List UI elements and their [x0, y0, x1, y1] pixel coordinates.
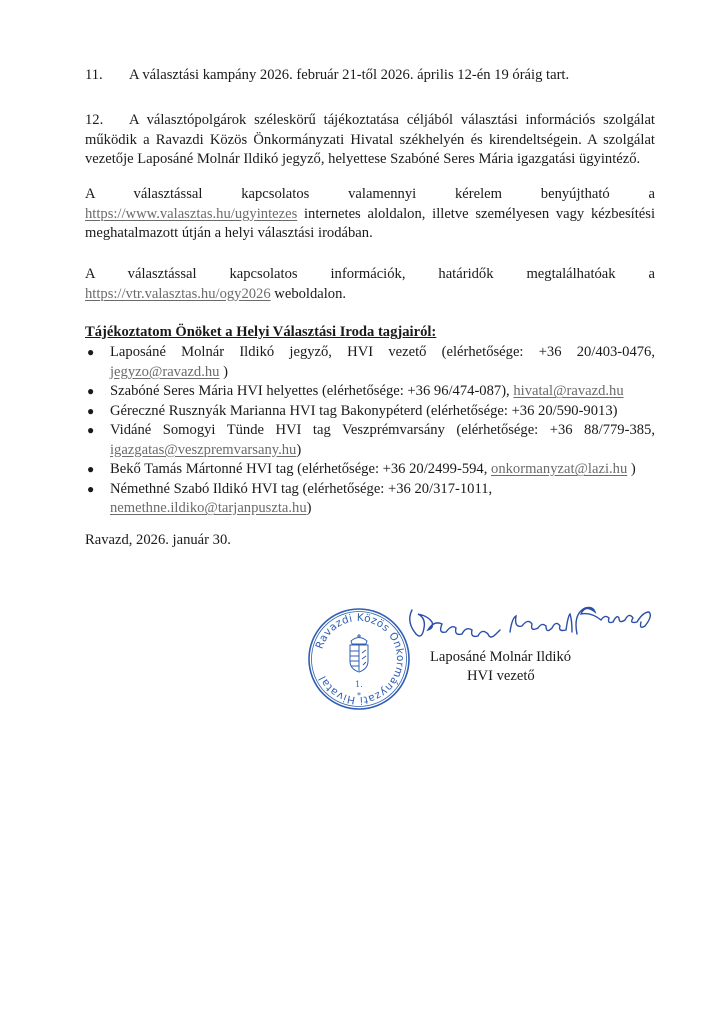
official-stamp-icon: Ravazdi Közös Önkormányzati Hivatal 1. *	[307, 607, 411, 711]
item-number: 12.	[85, 111, 129, 131]
signature-icon	[402, 598, 672, 648]
document-page: 11.A választási kampány 2026. február 21…	[0, 0, 724, 1024]
paragraph-info: A választással kapcsolatos információk, …	[85, 265, 655, 304]
item-11: 11.A választási kampány 2026. február 21…	[85, 66, 655, 86]
list-item: ● Géreczné Rusznyák Marianna HVI tag Bak…	[85, 402, 655, 422]
paragraph-requests: A választással kapcsolatos valamennyi ké…	[85, 185, 655, 244]
email-link[interactable]: onkormanyzat@lazi.hu	[491, 461, 627, 477]
email-link[interactable]: jegyzo@ravazd.hu	[110, 364, 219, 380]
signer-name: Laposáné Molnár Ildikó	[430, 648, 590, 668]
list-item: ● Vidáné Somogyi Tünde HVI tag Veszprémv…	[85, 421, 655, 460]
list-item: ● Szabóné Seres Mária HVI helyettes (elé…	[85, 382, 655, 402]
bullet-icon: ●	[87, 480, 94, 500]
members-heading: Tájékoztatom Önöket a Helyi Választási I…	[85, 323, 436, 343]
svg-text:*: *	[357, 691, 361, 700]
item-number: 11.	[85, 66, 129, 86]
signer-title: HVI vezető	[467, 667, 627, 687]
bullet-icon: ●	[87, 421, 94, 441]
email-link[interactable]: nemethne.ildiko@tarjanpuszta.hu	[110, 500, 307, 516]
list-item: ● Laposáné Molnár Ildikó jegyző, HVI vez…	[85, 343, 655, 382]
vtr-link[interactable]: https://vtr.valasztas.hu/ogy2026	[85, 286, 271, 302]
item-text: A választási kampány 2026. február 21-tő…	[129, 67, 569, 83]
list-item: ● Bekő Tamás Mártonné HVI tag (elérhetős…	[85, 460, 655, 480]
ugyintezes-link[interactable]: https://www.valasztas.hu/ugyintezes	[85, 206, 297, 222]
list-item: ● Némethné Szabó Ildikó HVI tag (elérhet…	[85, 480, 655, 519]
item-12-text: működik a Ravazdi Közös Önkormányzati Hi…	[85, 131, 655, 170]
place-date: Ravazd, 2026. január 30.	[85, 531, 231, 551]
svg-text:1.: 1.	[355, 680, 363, 689]
coat-of-arms-icon	[350, 634, 368, 672]
email-link[interactable]: hivatal@ravazd.hu	[513, 383, 623, 399]
bullet-icon: ●	[87, 460, 94, 480]
bullet-icon: ●	[87, 402, 94, 422]
email-link[interactable]: igazgatas@veszpremvarsany.hu	[110, 442, 296, 458]
item-12-first-line: 12.A választópolgárok széleskörű tájékoz…	[85, 111, 655, 131]
members-list: ● Laposáné Molnár Ildikó jegyző, HVI vez…	[85, 343, 655, 519]
bullet-icon: ●	[87, 343, 94, 363]
item-12: 12.A választópolgárok széleskörű tájékoz…	[85, 111, 655, 170]
bullet-icon: ●	[87, 382, 94, 402]
